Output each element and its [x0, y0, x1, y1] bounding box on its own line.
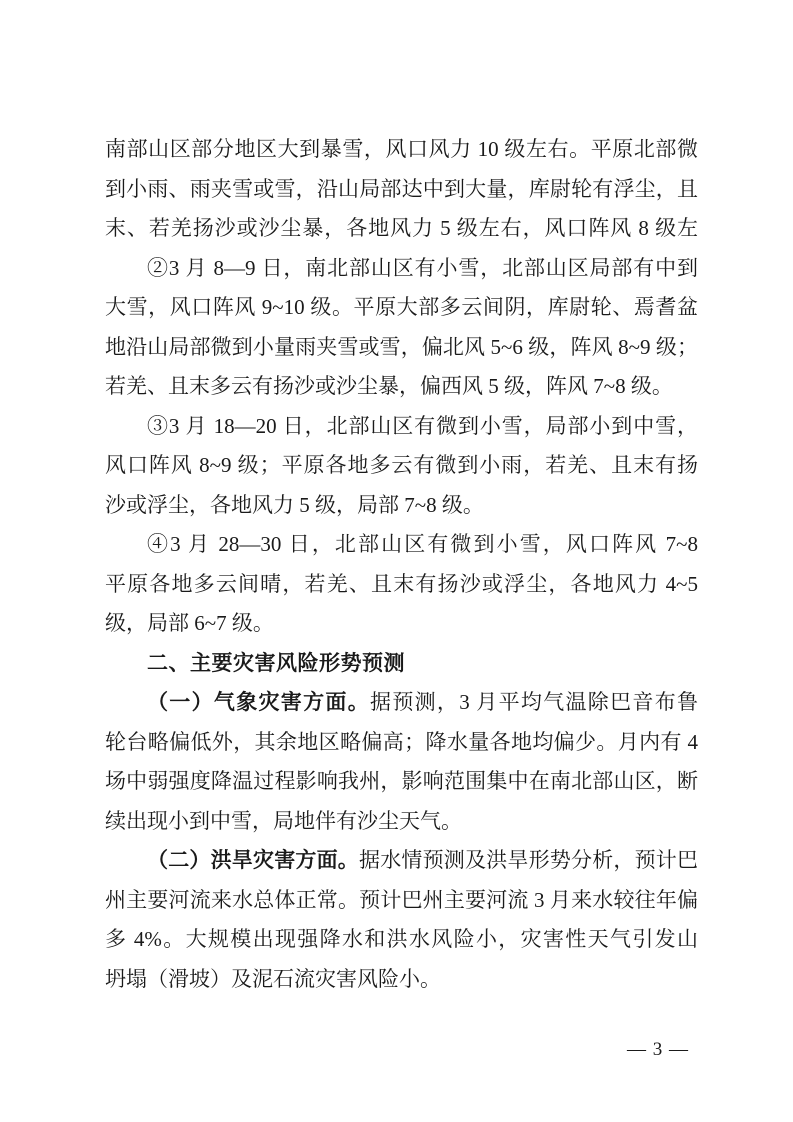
paragraph: ②3 月 8—9 日，南北部山区有小雪，北部山区局部有中到 大雪，风口阵风 9~…	[105, 249, 698, 407]
text-line: 末、若羌扬沙或沙尘暴，各地风力 5 级左右，风口阵风 8 级左右。	[105, 209, 698, 249]
text-line: 场中弱强度降温过程影响我州，影响范围集中在南北部山区，断	[105, 762, 698, 802]
text-line: 多 4%。大规模出现强降水和洪水风险小，灾害性天气引发山洪、	[105, 920, 698, 960]
text-line: 到小雨、雨夹雪或雪，沿山局部达中到大量，库尉轮有浮尘，且	[105, 170, 698, 210]
text-line: ④3 月 28—30 日，北部山区有微到小雪，风口阵风 7~8 级；	[105, 525, 698, 565]
document-page: 南部山区部分地区大到暴雪，风口风力 10 级左右。平原北部微 到小雨、雨夹雪或雪…	[0, 0, 793, 1122]
text-line: 地沿山局部微到小量雨夹雪或雪，偏北风 5~6 级，阵风 8~9 级；	[105, 328, 698, 368]
text-line: 州主要河流来水总体正常。预计巴州主要河流 3 月来水较往年偏	[105, 881, 698, 921]
page-number: — 3 —	[627, 1039, 689, 1061]
paragraph: 南部山区部分地区大到暴雪，风口风力 10 级左右。平原北部微 到小雨、雨夹雪或雪…	[105, 130, 698, 249]
text-line: ②3 月 8—9 日，南北部山区有小雪，北部山区局部有中到	[105, 249, 698, 289]
text-line: 若羌、且末多云有扬沙或沙尘暴，偏西风 5 级，阵风 7~8 级。	[105, 367, 698, 407]
text-line: 大雪，风口阵风 9~10 级。平原大部多云间阴，库尉轮、焉耆盆	[105, 288, 698, 328]
text-line: 平原各地多云间晴，若羌、且末有扬沙或浮尘，各地风力 4~5	[105, 565, 698, 605]
paragraph: ③3 月 18—20 日，北部山区有微到小雪，局部小到中雪， 风口阵风 8~9 …	[105, 407, 698, 526]
paragraph: （二）洪旱灾害方面。据水情预测及洪旱形势分析，预计巴 州主要河流来水总体正常。预…	[105, 841, 698, 999]
text-line: （二）洪旱灾害方面。据水情预测及洪旱形势分析，预计巴	[105, 841, 698, 881]
text-line: 风口阵风 8~9 级；平原各地多云有微到小雨，若羌、且末有扬	[105, 446, 698, 486]
text-line: 轮台略偏低外，其余地区略偏高；降水量各地均偏少。月内有 4	[105, 723, 698, 763]
paragraph: ④3 月 28—30 日，北部山区有微到小雪，风口阵风 7~8 级； 平原各地多…	[105, 525, 698, 644]
text-line: ③3 月 18—20 日，北部山区有微到小雪，局部小到中雪，	[105, 407, 698, 447]
document-body: 南部山区部分地区大到暴雪，风口风力 10 级左右。平原北部微 到小雨、雨夹雪或雪…	[105, 130, 698, 999]
text-line: 南部山区部分地区大到暴雪，风口风力 10 级左右。平原北部微	[105, 130, 698, 170]
section-heading: 二、主要灾害风险形势预测	[105, 644, 698, 684]
paragraph-lead: （二）洪旱灾害方面。	[147, 848, 359, 872]
text-line: 级，局部 6~7 级。	[105, 604, 698, 644]
text-line: 沙或浮尘，各地风力 5 级，局部 7~8 级。	[105, 486, 698, 526]
paragraph-lead-rest: 据水情预测及洪旱形势分析，预计巴	[359, 848, 698, 872]
text-line: 坍塌（滑坡）及泥石流灾害风险小。	[105, 960, 698, 1000]
paragraph: （一）气象灾害方面。据预测，3 月平均气温除巴音布鲁克、 轮台略偏低外，其余地区…	[105, 683, 698, 841]
text-line: （一）气象灾害方面。据预测，3 月平均气温除巴音布鲁克、	[105, 683, 698, 723]
text-line: 续出现小到中雪，局地伴有沙尘天气。	[105, 802, 698, 842]
paragraph-lead: （一）气象灾害方面。	[147, 690, 370, 714]
